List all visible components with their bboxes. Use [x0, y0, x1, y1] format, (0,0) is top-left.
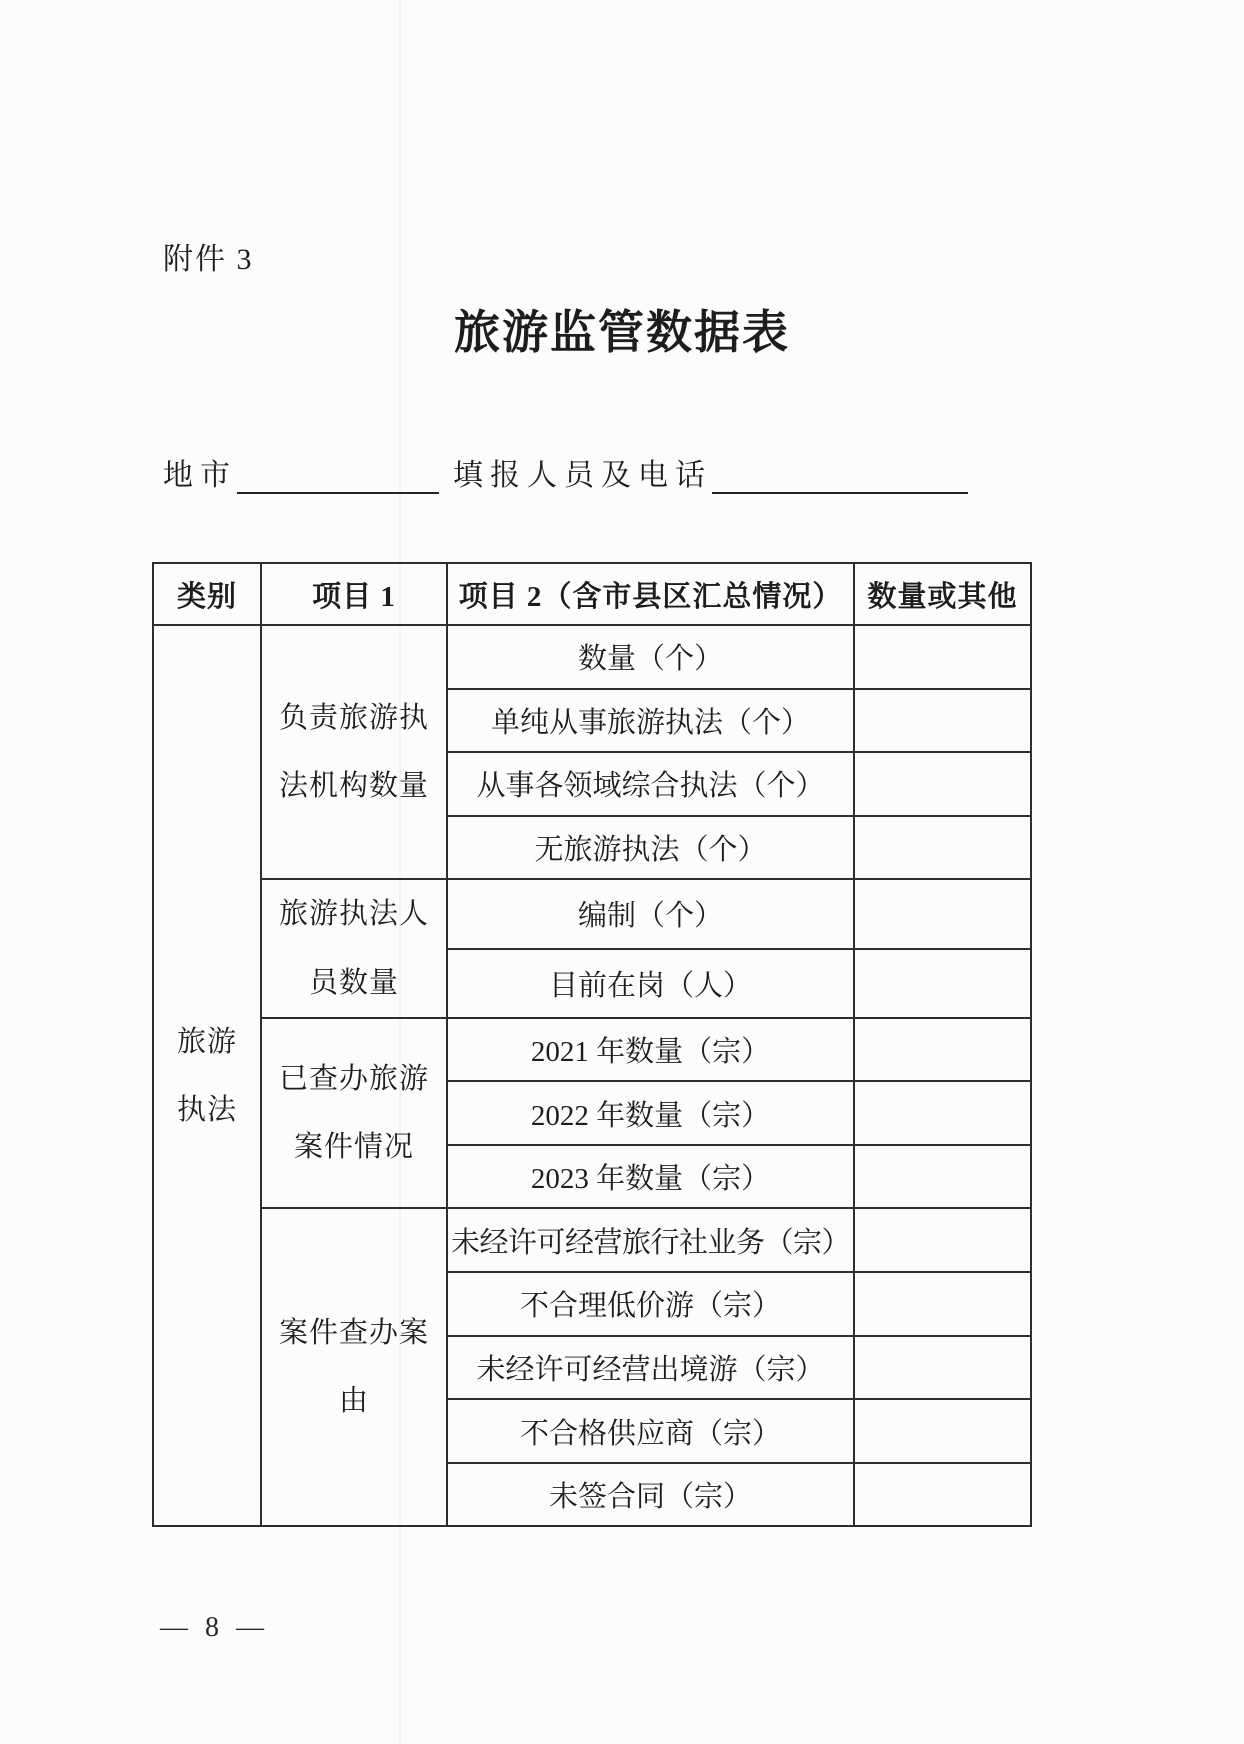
value-cell — [854, 1336, 1031, 1400]
table-header-row: 类别 项目 1 项目 2（含市县区汇总情况） 数量或其他 — [153, 563, 1031, 625]
value-cell — [854, 1272, 1031, 1336]
city-blank-field — [237, 456, 439, 494]
page-title: 旅游监管数据表 — [0, 296, 1244, 362]
header-project2: 项目 2（含市县区汇总情况） — [447, 563, 854, 625]
item-label: 不合理低价游（宗） — [447, 1272, 854, 1336]
value-cell — [854, 816, 1031, 880]
item-label: 2021 年数量（宗） — [447, 1018, 854, 1082]
group-label-cases: 已查办旅游 案件情况 — [261, 1018, 447, 1209]
item-label: 编制（个） — [447, 879, 854, 948]
item-label: 单纯从事旅游执法（个） — [447, 689, 854, 753]
value-cell — [854, 625, 1031, 689]
category-cell: 旅游 执法 — [153, 625, 261, 1526]
table-row: 旅游 执法 负责旅游执 法机构数量 数量（个） — [153, 625, 1031, 689]
value-cell — [854, 1018, 1031, 1082]
city-label: 地市 — [163, 459, 237, 492]
reporter-blank-field — [712, 456, 968, 494]
item-label: 2022 年数量（宗） — [447, 1081, 854, 1145]
value-cell — [854, 1399, 1031, 1463]
item-label: 未签合同（宗） — [447, 1463, 854, 1527]
document-page: 附件 3 旅游监管数据表 地市填报人员及电话 类别 项目 1 项目 2（含市县区… — [0, 0, 1244, 1744]
group-label-causes: 案件查办案 由 — [261, 1208, 447, 1526]
item-label: 数量（个） — [447, 625, 854, 689]
item-label: 未经许可经营旅行社业务（宗） — [447, 1208, 854, 1272]
form-header-line: 地市填报人员及电话 — [163, 450, 968, 494]
value-cell — [854, 1463, 1031, 1527]
reporter-label: 填报人员及电话 — [453, 459, 712, 492]
table-row: 已查办旅游 案件情况 2021 年数量（宗） — [153, 1018, 1031, 1082]
item-label: 未经许可经营出境游（宗） — [447, 1336, 854, 1400]
group-label-agencies: 负责旅游执 法机构数量 — [261, 625, 447, 879]
value-cell — [854, 752, 1031, 816]
value-cell — [854, 1145, 1031, 1209]
item-label: 2023 年数量（宗） — [447, 1145, 854, 1209]
supervision-data-table: 类别 项目 1 项目 2（含市县区汇总情况） 数量或其他 旅游 执法 负责旅游执… — [152, 562, 1032, 1527]
table-row: 旅游执法人 员数量 编制（个） — [153, 879, 1031, 948]
value-cell — [854, 879, 1031, 948]
group-label-staff: 旅游执法人 员数量 — [261, 879, 447, 1017]
header-quantity: 数量或其他 — [854, 563, 1031, 625]
page-number: — 8 — — [160, 1612, 269, 1644]
item-label: 从事各领域综合执法（个） — [447, 752, 854, 816]
value-cell — [854, 1208, 1031, 1272]
attachment-label: 附件 3 — [163, 234, 254, 278]
table-row: 案件查办案 由 未经许可经营旅行社业务（宗） — [153, 1208, 1031, 1272]
item-label: 无旅游执法（个） — [447, 816, 854, 880]
header-project1: 项目 1 — [261, 563, 447, 625]
item-label: 目前在岗（人） — [447, 949, 854, 1018]
value-cell — [854, 1081, 1031, 1145]
item-label: 不合格供应商（宗） — [447, 1399, 854, 1463]
value-cell — [854, 949, 1031, 1018]
value-cell — [854, 689, 1031, 753]
header-category: 类别 — [153, 563, 261, 625]
